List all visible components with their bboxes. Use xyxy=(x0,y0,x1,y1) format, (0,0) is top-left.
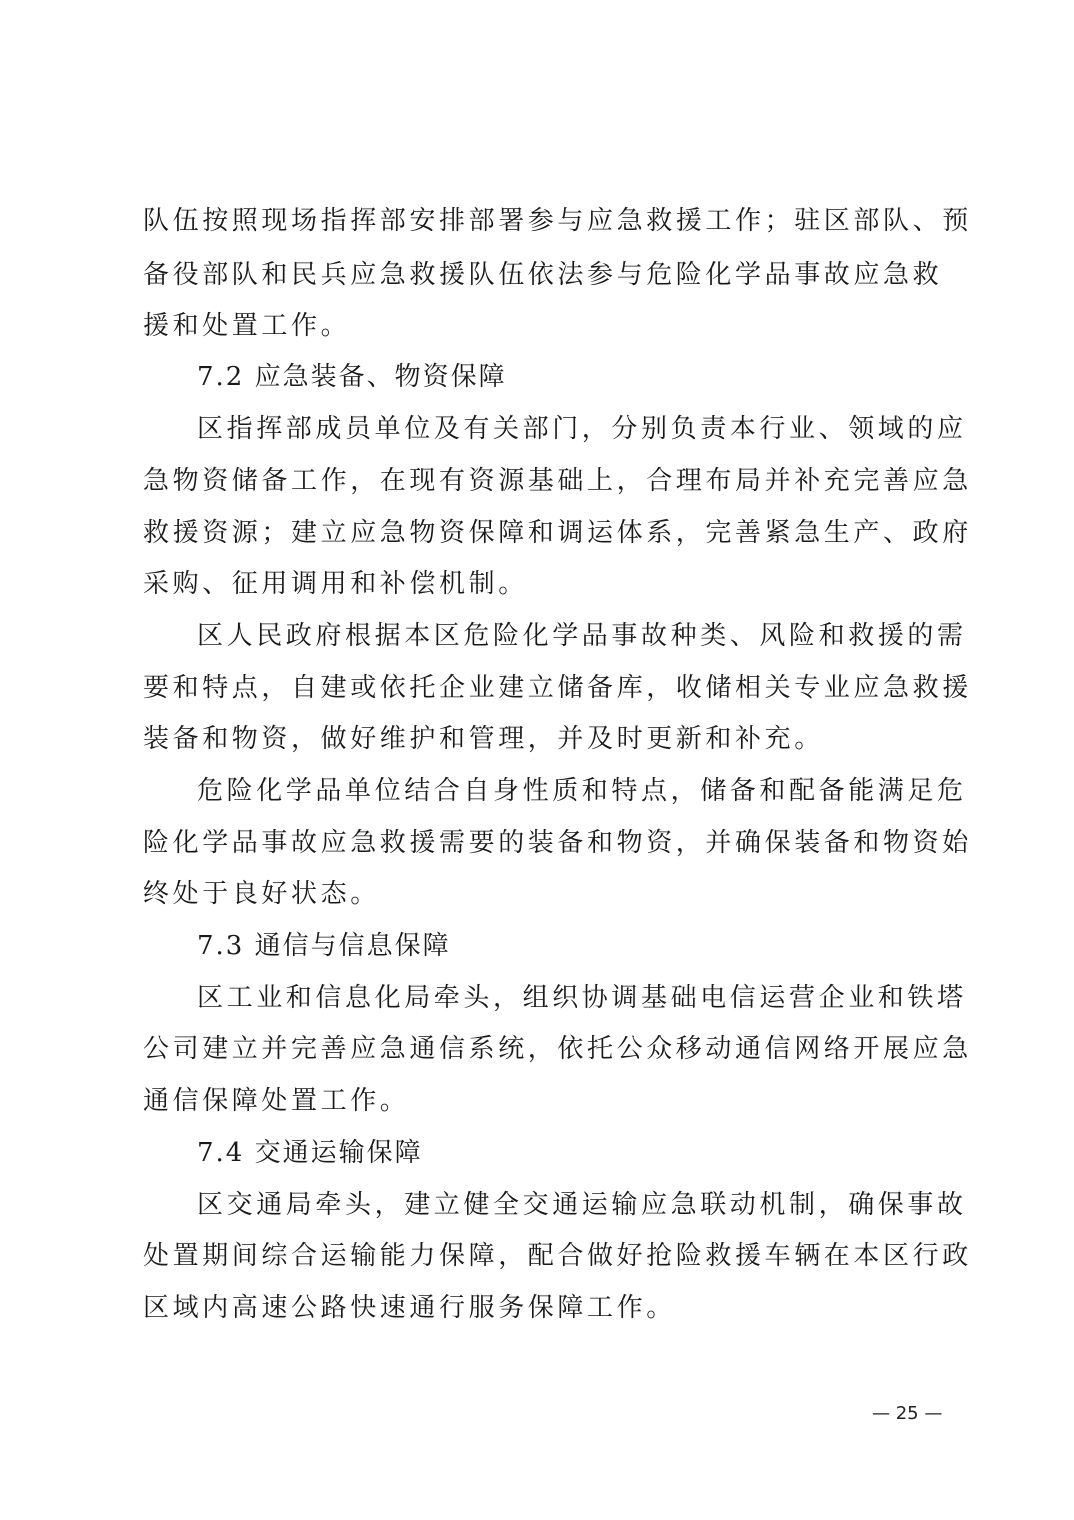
body-text-line: 处置期间综合运输能力保障，配合做好抢险救援车辆在本区行政 xyxy=(143,1239,943,1273)
body-text-line: 采购、征用调用和补偿机制。 xyxy=(143,567,943,601)
body-text-line: 危险化学品单位结合自身性质和特点，储备和配备能满足危 xyxy=(197,774,997,808)
body-text-line: 救援资源；建立应急物资保障和调运体系，完善紧急生产、政府 xyxy=(143,516,943,550)
section-heading-7-2: 7.2 应急装备、物资保障 xyxy=(197,360,997,394)
body-text-line: 装备和物资，做好维护和管理，并及时更新和补充。 xyxy=(143,722,943,756)
document-page: 队伍按照现场指挥部安排部署参与应急救援工作；驻区部队、预 备役部队和民兵应急救援… xyxy=(0,0,1074,1520)
body-text-line: 备役部队和民兵应急救援队伍依法参与危险化学品事故应急救 xyxy=(143,258,943,292)
body-text-line: 通信保障处置工作。 xyxy=(143,1084,943,1118)
body-text-line: 区域内高速公路快速通行服务保障工作。 xyxy=(143,1291,943,1325)
body-text-line: 区人民政府根据本区危险化学品事故种类、风险和救援的需 xyxy=(197,619,997,653)
body-text-line: 要和特点，自建或依托企业建立储备库，收储相关专业应急救援 xyxy=(143,671,943,705)
body-text-line: 急物资储备工作，在现有资源基础上，合理布局并补充完善应急 xyxy=(143,464,943,498)
body-text-line: 公司建立并完善应急通信系统，依托公众移动通信网络开展应急 xyxy=(143,1032,943,1066)
body-text-line: 终处于良好状态。 xyxy=(143,877,943,911)
body-text-line: 区工业和信息化局牵头，组织协调基础电信运营企业和铁塔 xyxy=(197,981,997,1015)
section-heading-7-3: 7.3 通信与信息保障 xyxy=(197,929,997,963)
body-text-line: 援和处置工作。 xyxy=(143,309,943,343)
body-text-line: 队伍按照现场指挥部安排部署参与应急救援工作；驻区部队、预 xyxy=(143,204,943,238)
body-text-line: 区指挥部成员单位及有关部门，分别负责本行业、领域的应 xyxy=(197,412,997,446)
body-text-line: 区交通局牵头，建立健全交通运输应急联动机制，确保事故 xyxy=(197,1188,997,1222)
page-number: — 25 — xyxy=(872,1403,942,1424)
section-heading-7-4: 7.4 交通运输保障 xyxy=(197,1136,997,1170)
body-text-line: 险化学品事故应急救援需要的装备和物资，并确保装备和物资始 xyxy=(143,826,943,860)
